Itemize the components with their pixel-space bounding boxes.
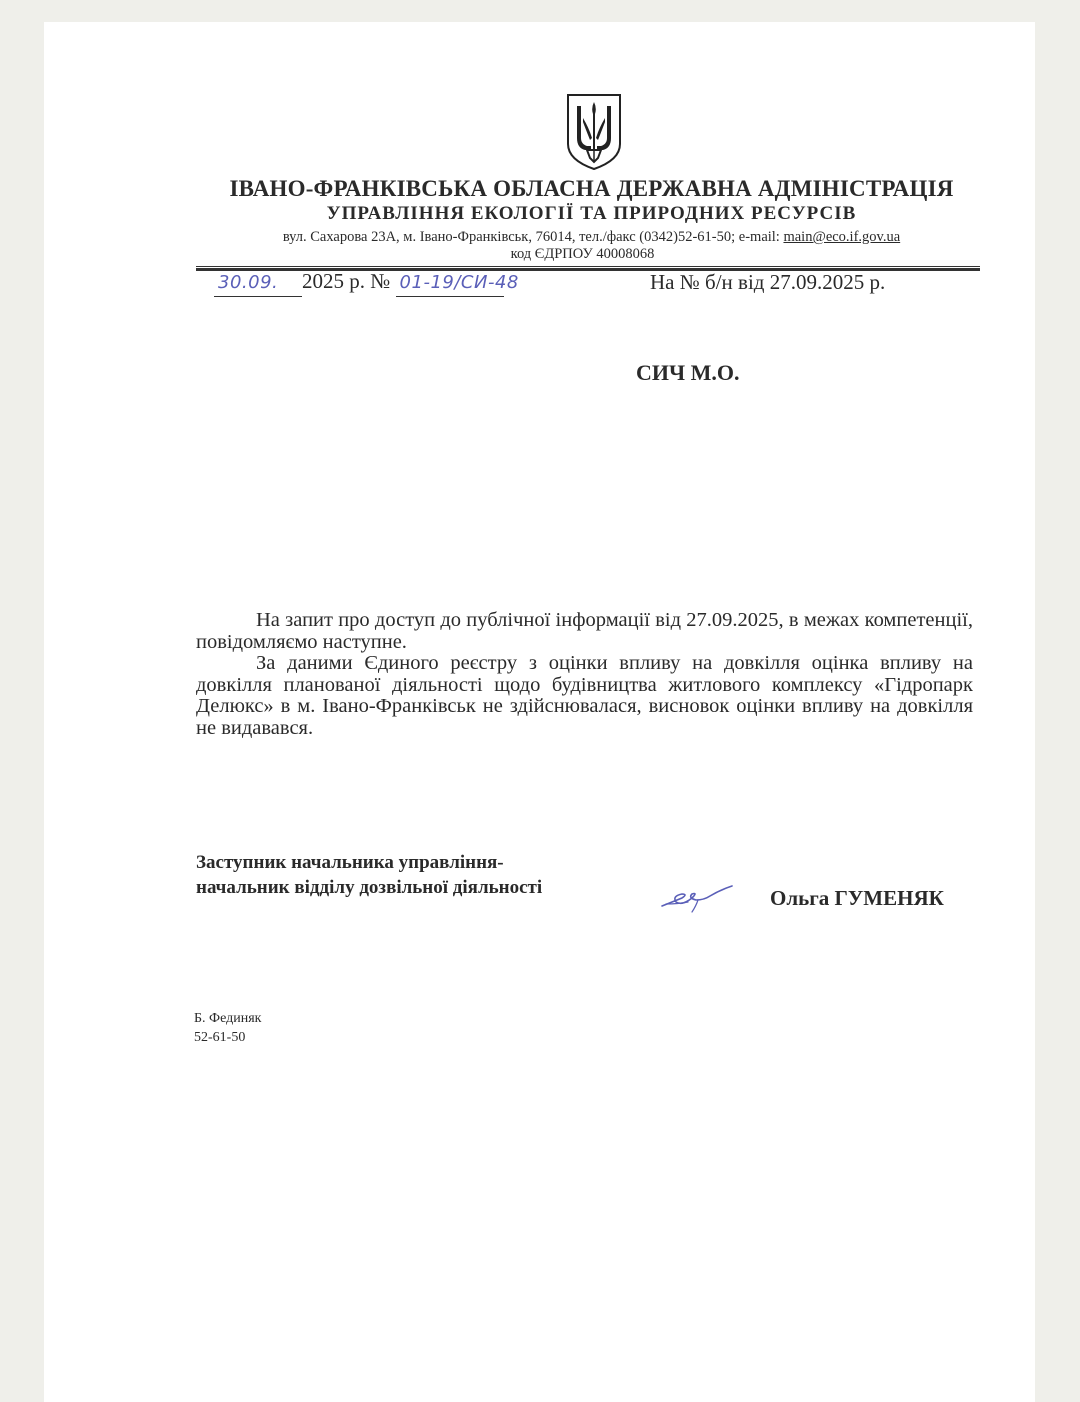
incoming-reference: На № б/н від 27.09.2025 р. — [650, 270, 885, 295]
body-paragraph: На запит про доступ до публічної інформа… — [196, 610, 973, 653]
department-name: УПРАВЛІННЯ ЕКОЛОГІЇ ТА ПРИРОДНИХ РЕСУРСІ… — [44, 203, 1035, 225]
addressee: СИЧ М.О. — [636, 360, 740, 386]
outgoing-date-field: 30.09. — [214, 268, 302, 297]
contact-address: вул. Сахарова 23А, м. Івано-Франківськ, … — [44, 229, 1035, 246]
registration-line: 30.09.2025 р. № 01-19/СИ-48 — [214, 268, 504, 297]
handwritten-date: 30.09. — [218, 272, 278, 293]
address-text: вул. Сахарова 23А, м. Івано-Франківськ, … — [283, 229, 784, 245]
document-page: ІВАНО-ФРАНКІВСЬКА ОБЛАСНА ДЕРЖАВНА АДМІН… — [44, 22, 1035, 1402]
outgoing-number-field: 01-19/СИ-48 — [396, 268, 504, 297]
header-divider-thin — [196, 266, 980, 267]
year-number-label: 2025 р. № — [302, 269, 390, 293]
handwritten-number: 01-19/СИ-48 — [400, 272, 519, 293]
handwritten-signature-icon — [658, 884, 736, 914]
trident-coat-of-arms-icon — [565, 92, 623, 172]
signatory-name: Ольга ГУМЕНЯК — [770, 886, 944, 911]
body-paragraph: За даними Єдиного реєстру з оцінки вплив… — [196, 653, 973, 739]
executor-phone: 52-61-50 — [194, 1028, 261, 1047]
executor-name: Б. Фединяк — [194, 1009, 261, 1028]
signatory-title-line-1: Заступник начальника управління- — [196, 850, 542, 875]
edrpou-code: код ЄДРПОУ 40008068 — [44, 246, 1035, 263]
signatory-title: Заступник начальника управління- начальн… — [196, 850, 542, 900]
signatory-title-line-2: начальник відділу дозвільної діяльності — [196, 875, 542, 900]
organization-name: ІВАНО-ФРАНКІВСЬКА ОБЛАСНА ДЕРЖАВНА АДМІН… — [44, 176, 1035, 202]
email-link[interactable]: main@eco.if.gov.ua — [783, 229, 900, 245]
letter-body: На запит про доступ до публічної інформа… — [196, 610, 973, 739]
executor-info: Б. Фединяк 52-61-50 — [194, 1009, 261, 1047]
